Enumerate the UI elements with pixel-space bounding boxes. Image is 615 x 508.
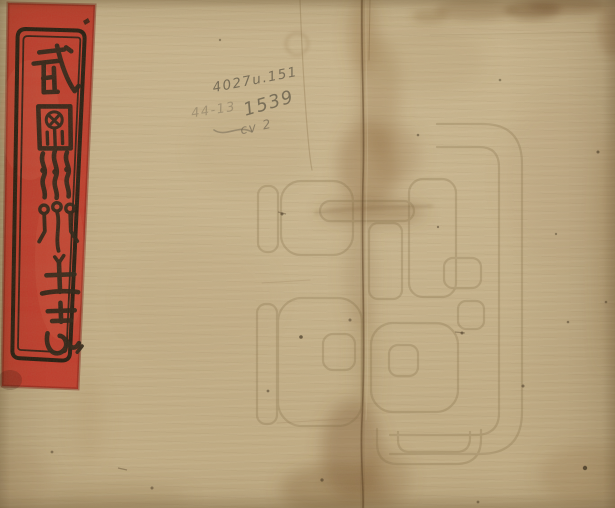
calligraphy-char-wu — [33, 45, 79, 93]
title-label-slip — [0, 0, 100, 392]
calligraphy-char-zhi — [46, 302, 83, 354]
calligraphy-char-xiang — [38, 202, 78, 252]
noise-overlay — [0, 0, 615, 508]
watermark-emblem-icon — [257, 124, 522, 464]
ghost-ring-mark — [286, 33, 308, 55]
paper-texture-layer — [0, 0, 615, 508]
calligraphy-char-zhou — [39, 150, 72, 198]
pencil-annotation-line3: cv 2 — [239, 116, 274, 137]
minor-creases — [262, 0, 615, 423]
stains-group — [0, 0, 615, 508]
title-label-frame — [12, 18, 90, 361]
pencil-swash — [0, 0, 615, 508]
pencil-annotation-line2-left: 44-13 — [190, 100, 237, 122]
calligraphy-char-tu — [41, 255, 78, 293]
scanned-book-cover: 武岡州鄉土志 4027u.151 44-13 1539 cv 2 — [0, 0, 615, 508]
calligraphy-char-gang — [38, 105, 72, 149]
specks-group — [51, 39, 608, 504]
center-fold-crease — [361, 0, 370, 508]
label-red-paper — [2, 3, 95, 389]
title-calligraphy — [32, 45, 88, 354]
top-edge-stains — [412, 0, 615, 56]
